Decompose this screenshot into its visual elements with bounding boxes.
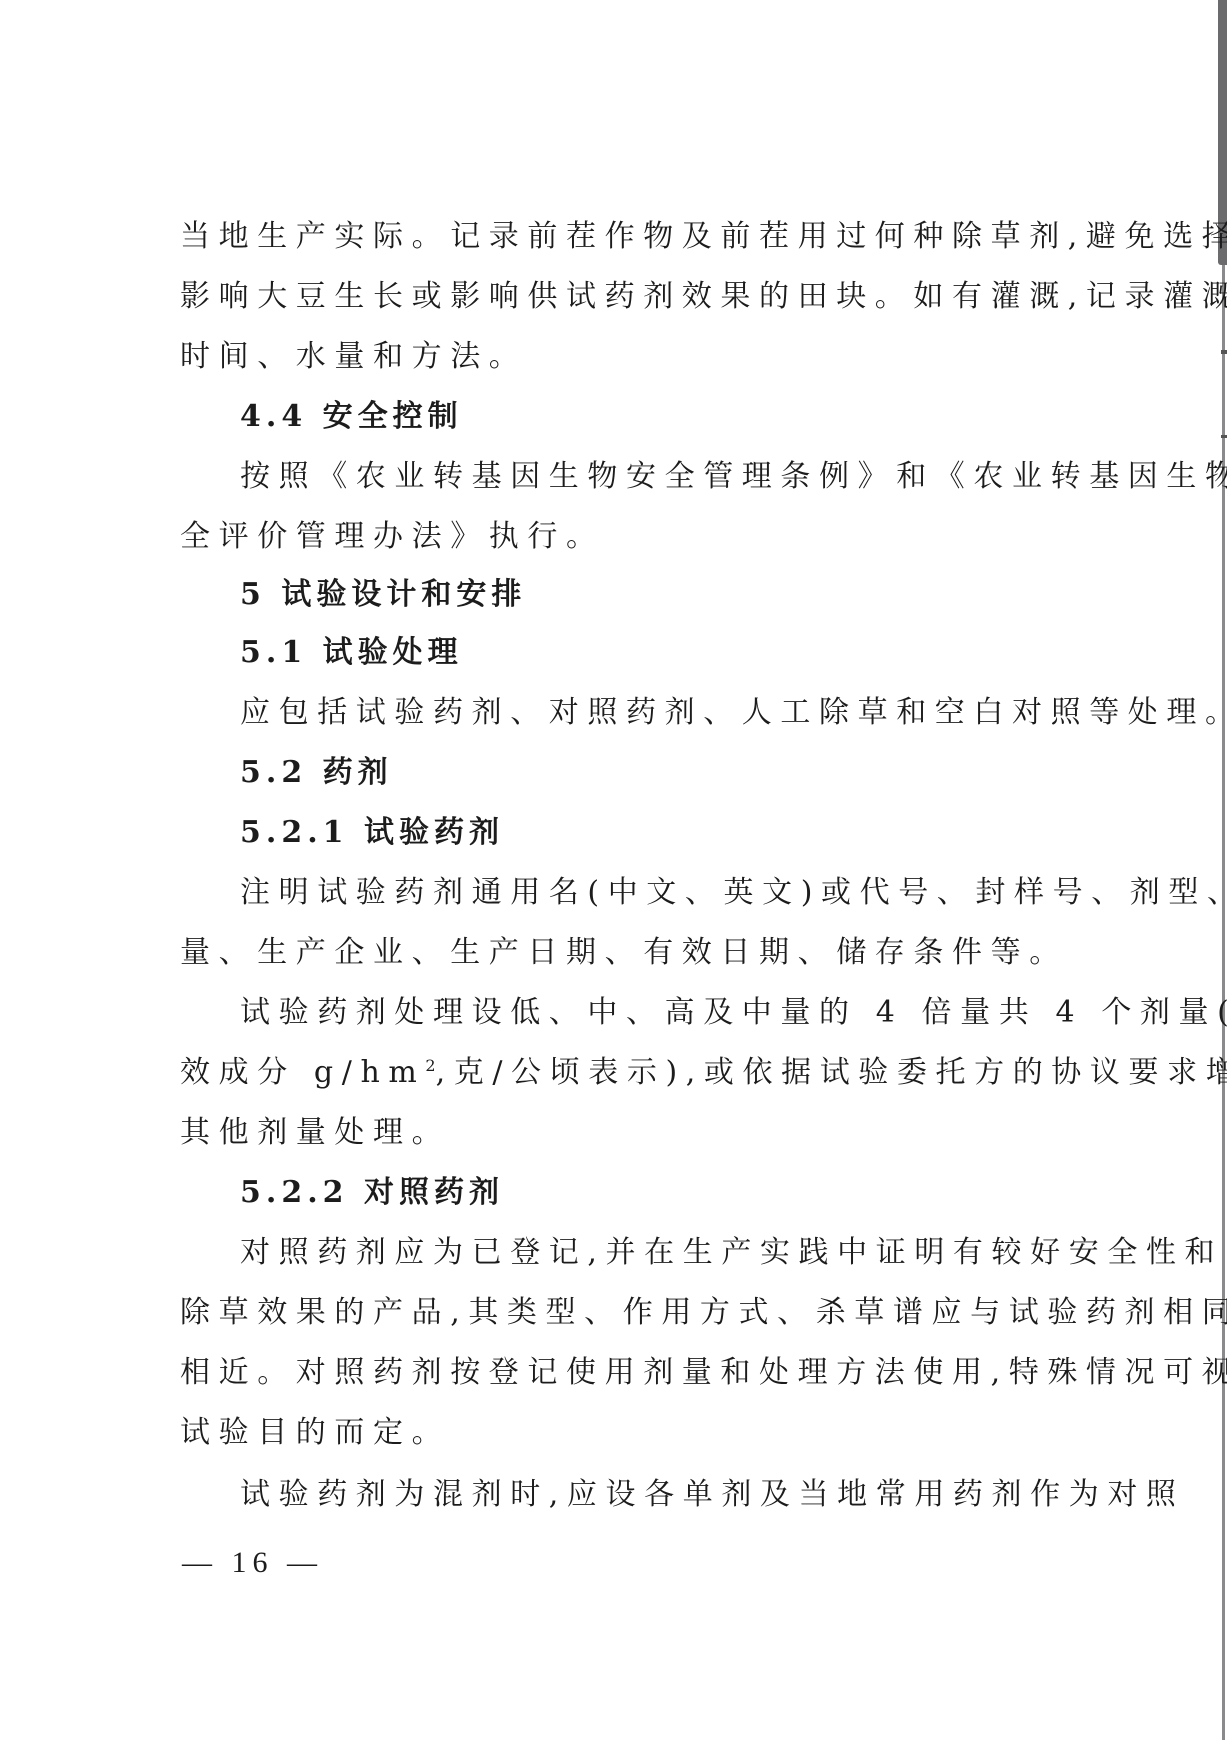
scan-artifact	[1221, 350, 1227, 354]
paragraph-line: 当地生产实际。记录前茬作物及前茬用过何种除草剂,避免选择	[180, 217, 1070, 257]
section-heading-5-1: 5.1 试验处理	[240, 633, 1070, 673]
section-heading-4-4: 4.4 安全控制	[240, 397, 1070, 437]
paragraph-line: 时间、水量和方法。	[180, 337, 1070, 377]
section-heading-5-2: 5.2 药剂	[240, 753, 1070, 793]
paragraph-line: 试验药剂处理设低、中、高及中量的 4 倍量共 4 个剂量(以有	[240, 993, 1070, 1033]
paragraph-line: 量、生产企业、生产日期、有效日期、储存条件等。	[180, 933, 1070, 973]
paragraph-line: 注明试验药剂通用名(中文、英文)或代号、封样号、剂型、含	[240, 873, 1070, 913]
paragraph-line: 试验目的而定。	[180, 1413, 1070, 1453]
section-heading-5: 5 试验设计和安排	[240, 575, 1070, 615]
superscript: 2	[425, 1056, 435, 1075]
paragraph-line: 应包括试验药剂、对照药剂、人工除草和空白对照等处理。	[240, 693, 1070, 733]
section-heading-5-2-2: 5.2.2 对照药剂	[240, 1173, 1070, 1213]
text-fragment: ,克/公顷表示),或依据试验委托方的协议要求增设	[436, 1055, 1227, 1090]
paragraph-line: 全评价管理办法》执行。	[180, 517, 1070, 557]
paragraph-line: 影响大豆生长或影响供试药剂效果的田块。如有灌溉,记录灌溉	[180, 277, 1070, 317]
section-heading-5-2-1: 5.2.1 试验药剂	[240, 813, 1070, 853]
scan-artifact	[1221, 435, 1227, 438]
text-fragment: 效成分 g/hm	[180, 1055, 425, 1090]
paragraph-line: 相近。对照药剂按登记使用剂量和处理方法使用,特殊情况可视	[180, 1353, 1070, 1393]
paragraph-line: 试验药剂为混剂时,应设各单剂及当地常用药剂作为对照	[240, 1475, 1070, 1515]
paragraph-line: 其他剂量处理。	[180, 1113, 1070, 1153]
paragraph-line: 除草效果的产品,其类型、作用方式、杀草谱应与试验药剂相同或	[180, 1293, 1070, 1333]
paragraph-line: 效成分 g/hm2,克/公顷表示),或依据试验委托方的协议要求增设	[180, 1053, 1070, 1093]
paragraph-line: 按照《农业转基因生物安全管理条例》和《农业转基因生物安	[240, 457, 1070, 497]
document-page: 当地生产实际。记录前茬作物及前茬用过何种除草剂,避免选择 影响大豆生长或影响供试…	[0, 0, 1227, 1740]
paragraph-line: 对照药剂应为已登记,并在生产实践中证明有较好安全性和	[240, 1233, 1070, 1273]
page-number: — 16 —	[182, 1546, 323, 1580]
